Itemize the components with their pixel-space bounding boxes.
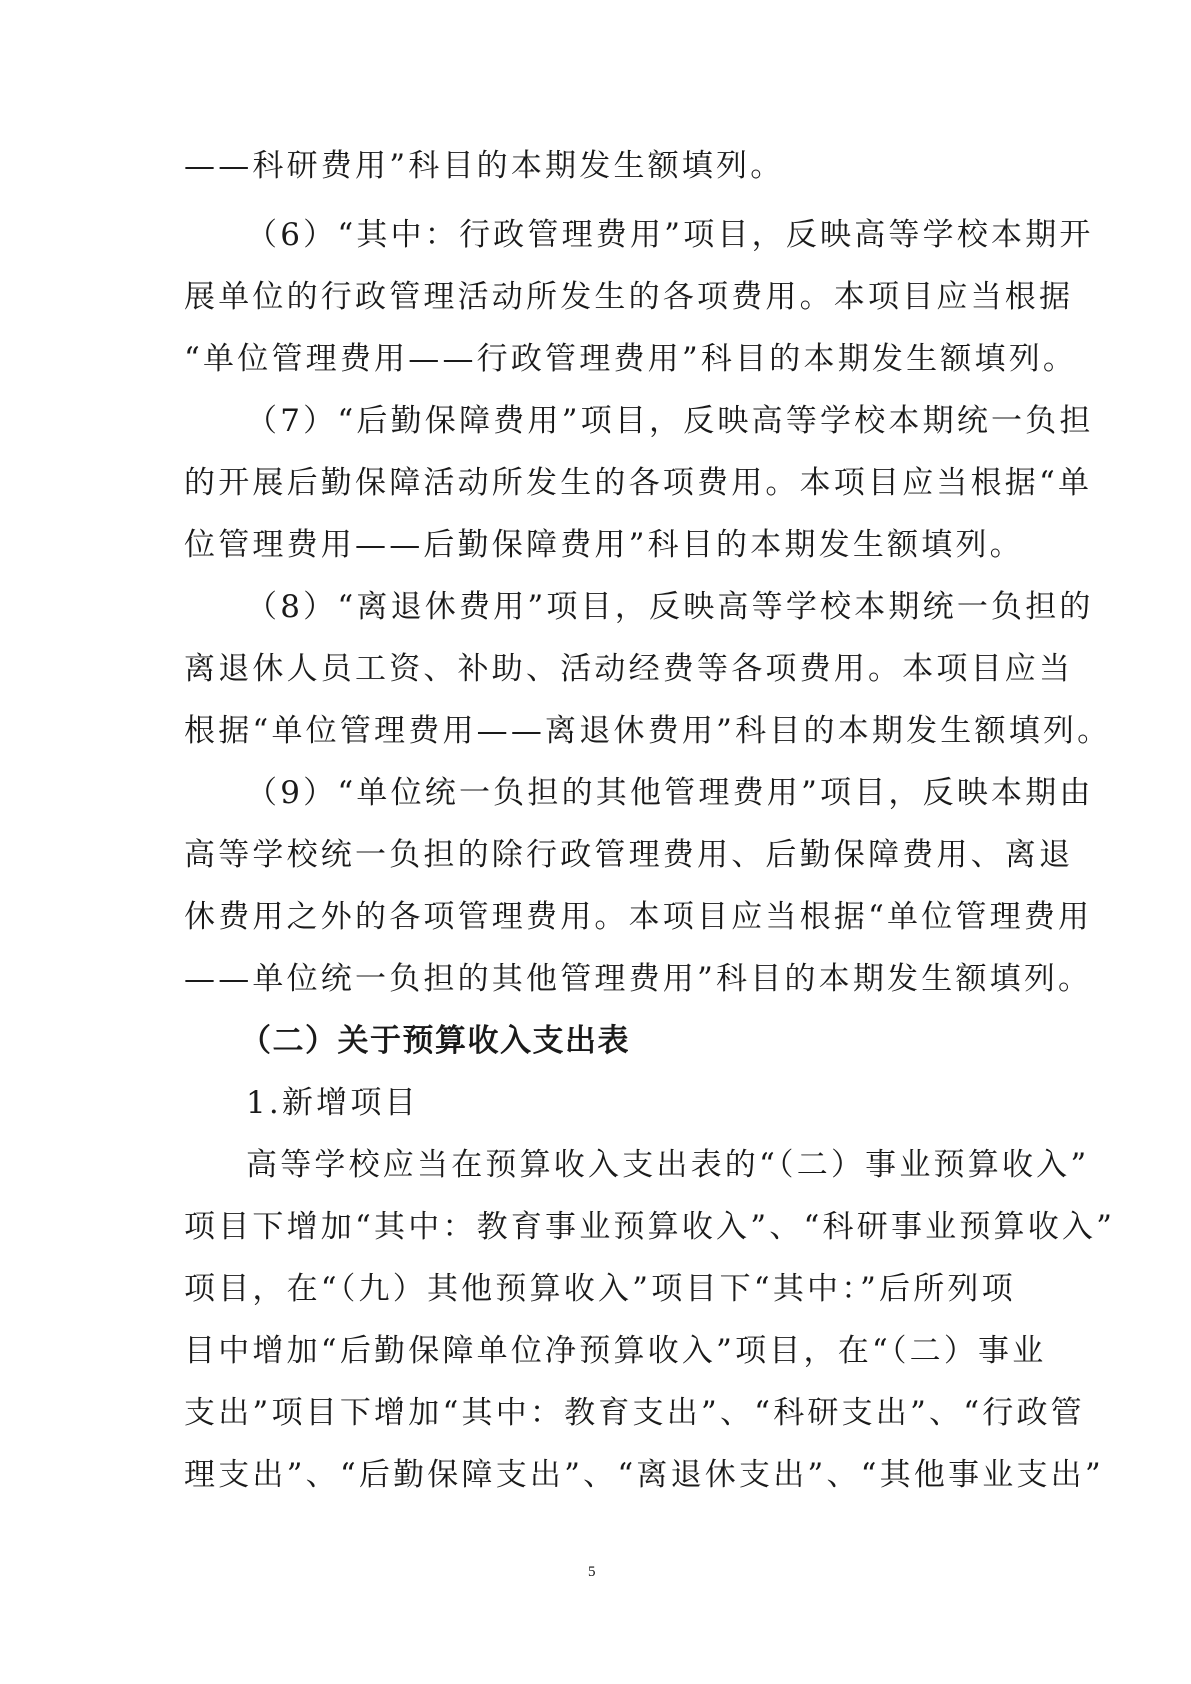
text-line: 休费用之外的各项管理费用。本项目应当根据“单位管理费用 xyxy=(184,897,1024,937)
text-line: 根据“单位管理费用——离退休费用”科目的本期发生额填列。 xyxy=(184,711,1024,751)
text-line: ——单位统一负担的其他管理费用”科目的本期发生额填列。 xyxy=(184,959,1024,999)
text-line: 目中增加“后勤保障单位净预算收入”项目，在“（二）事业 xyxy=(184,1331,1024,1371)
text-line: 位管理费用——后勤保障费用”科目的本期发生额填列。 xyxy=(184,525,1024,565)
text-line: 的开展后勤保障活动所发生的各项费用。本项目应当根据“单 xyxy=(184,463,1024,503)
text-line: （8）“离退休费用”项目，反映高等学校本期统一负担的 xyxy=(246,587,1086,627)
page-number: 5 xyxy=(588,1562,596,1582)
text-line: 理支出”、“后勤保障支出”、“离退休支出”、“其他事业支出” xyxy=(184,1455,1024,1495)
section-heading: （二）关于预算收入支出表 xyxy=(240,1021,1080,1061)
text-line: 高等学校应当在预算收入支出表的“（二）事业预算收入” xyxy=(246,1145,1086,1185)
text-line: 高等学校统一负担的除行政管理费用、后勤保障费用、离退 xyxy=(184,835,1024,875)
text-line: 支出”项目下增加“其中：教育支出”、“科研支出”、“行政管 xyxy=(184,1393,1024,1433)
document-page: ——科研费用”科目的本期发生额填列。 （6）“其中：行政管理费用”项目，反映高等… xyxy=(0,0,1191,1684)
text-line: 项目下增加“其中：教育事业预算收入”、“科研事业预算收入” xyxy=(184,1207,1024,1247)
text-line: 离退休人员工资、补助、活动经费等各项费用。本项目应当 xyxy=(184,649,1024,689)
subsection-heading: 1.新增项目 xyxy=(246,1083,1086,1123)
text-line: （9）“单位统一负担的其他管理费用”项目，反映本期由 xyxy=(246,773,1086,813)
text-line: 项目，在“（九）其他预算收入”项目下“其中：”后所列项 xyxy=(184,1269,1024,1309)
text-line: 展单位的行政管理活动所发生的各项费用。本项目应当根据 xyxy=(184,277,1024,317)
text-line: （7）“后勤保障费用”项目，反映高等学校本期统一负担 xyxy=(246,401,1086,441)
text-line: “单位管理费用——行政管理费用”科目的本期发生额填列。 xyxy=(184,339,1024,379)
text-line: （6）“其中：行政管理费用”项目，反映高等学校本期开 xyxy=(246,215,1086,255)
text-line: ——科研费用”科目的本期发生额填列。 xyxy=(184,146,1024,186)
